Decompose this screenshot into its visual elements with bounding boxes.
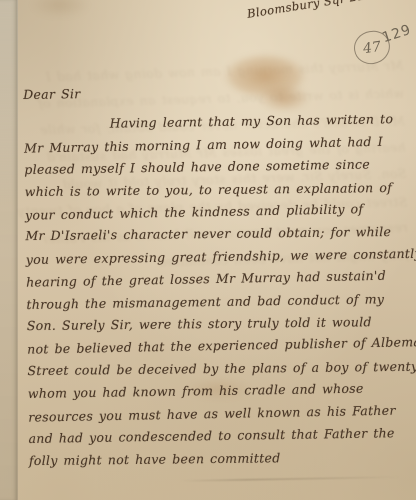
dateline: Bloomsbury Sqr 21st May 1826 xyxy=(246,0,416,21)
letter-line: Street could be deceived by the plans of… xyxy=(27,356,415,383)
letter-body: Dear Sir Having learnt that my Son has w… xyxy=(23,78,416,473)
letter-page: Mr Murray this morning I am now doing wh… xyxy=(0,0,416,500)
edge-stain xyxy=(30,0,90,18)
binding-strip xyxy=(0,0,18,500)
salutation: Dear Sir xyxy=(23,78,411,106)
letter-line: folly might not have been committed xyxy=(29,445,416,472)
circled-mark-text: 47 xyxy=(362,38,382,56)
paper-crease xyxy=(180,476,400,482)
